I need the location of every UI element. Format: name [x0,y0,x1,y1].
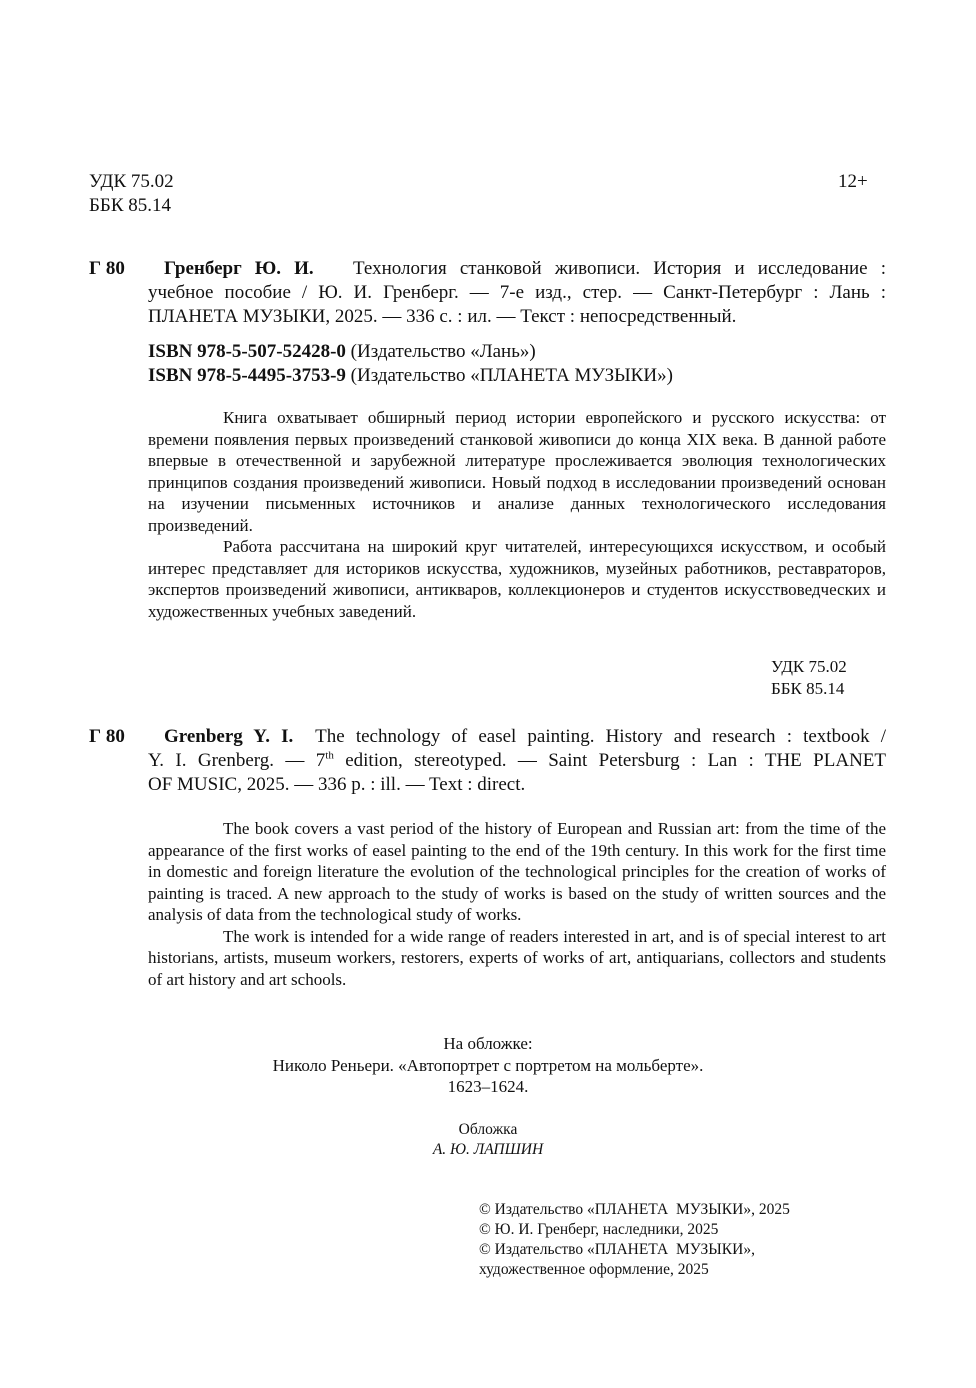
classification-codes-top: УДК 75.02 ББК 85.14 [89,170,174,218]
age-rating: 12+ [838,170,868,194]
classification-codes-bottom: УДК 75.02 ББК 85.14 [771,656,847,699]
cover-designer: А. Ю. ЛАПШИН [0,1140,976,1160]
cover-design-label: Обложка [0,1120,976,1140]
entry-line-3: OF MUSIC, 2025. — 336 p. : ill. — Text :… [148,773,886,797]
entry-title-line: Технология станковой живописи. История и… [353,258,886,279]
annotation-paragraph: Книга охватывает обширный период истории… [148,407,886,536]
annotation-paragraph: Работа рассчитана на широкий круг читате… [148,536,886,622]
isbn-list: ISBN 978-5-507-52428-0 (Издательство «Ла… [148,340,673,388]
cover-note-label: На обложке: [0,1033,976,1055]
cover-years: 1623–1624. [0,1076,976,1098]
author-mark: Г 80 [89,257,125,281]
entry-text: Grenberg Y. I. The technology of easel p… [148,725,886,797]
cover-note: На обложке: Николо Реньери. «Автопортрет… [0,1033,976,1098]
entry-text: Гренберг Ю. И. Технология станковой живо… [148,257,886,329]
entry-line-2a: Y. I. Grenberg. — 7 [148,750,325,771]
isbn-number: ISBN 978-5-4495-3753-9 [148,365,346,386]
annotation-paragraph: The book covers a vast period of the his… [148,818,886,926]
entry-line-2b: edition, stereotyped. — Saint Petersburg… [334,750,886,771]
ordinal-suffix: th [325,750,334,762]
cover-design-credit: Обложка А. Ю. ЛАПШИН [0,1120,976,1160]
annotation-paragraph: The work is intended for a wide range of… [148,926,886,991]
isbn-publisher: (Издательство «ПЛАНЕТА МУЗЫКИ») [351,365,673,386]
isbn-publisher: (Издательство «Лань») [351,341,536,362]
annotation-ru: Книга охватывает обширный период истории… [148,407,886,622]
copyright-line: художественное оформление, 2025 [479,1260,790,1280]
author-mark: Г 80 [89,725,125,749]
author-name: Гренберг Ю. И. [164,258,314,279]
cover-artwork: Николо Реньери. «Автопортрет с портретом… [0,1055,976,1077]
udk-code: УДК 75.02 [771,656,847,678]
entry-line-2: учебное пособие / Ю. И. Гренберг. — 7-е … [148,281,886,305]
bibliographic-entry-ru: Г 80 Гренберг Ю. И. Технология станковой… [89,257,886,329]
isbn-item: ISBN 978-5-4495-3753-9 (Издательство «ПЛ… [148,364,673,388]
copyright-line: © Издательство «ПЛАНЕТА МУЗЫКИ», 2025 [479,1200,790,1220]
author-name: Grenberg Y. I. [164,726,293,747]
copyright-line: © Ю. И. Гренберг, наследники, 2025 [479,1220,790,1240]
bbk-code: ББК 85.14 [771,678,847,700]
isbn-item: ISBN 978-5-507-52428-0 (Издательство «Ла… [148,340,673,364]
bbk-code: ББК 85.14 [89,194,174,218]
udk-code: УДК 75.02 [89,170,174,194]
copyright-block: © Издательство «ПЛАНЕТА МУЗЫКИ», 2025 © … [479,1200,790,1280]
isbn-number: ISBN 978-5-507-52428-0 [148,341,346,362]
annotation-en: The book covers a vast period of the his… [148,818,886,990]
entry-line-3: ПЛАНЕТА МУЗЫКИ, 2025. — 336 с. : ил. — Т… [148,305,886,329]
entry-title-line: The technology of easel painting. Histor… [315,726,886,747]
copyright-line: © Издательство «ПЛАНЕТА МУЗЫКИ», [479,1240,790,1260]
bibliographic-entry-en: Г 80 Grenberg Y. I. The technology of ea… [89,725,886,797]
entry-line-2: Y. I. Grenberg. — 7th edition, stereotyp… [148,749,886,773]
